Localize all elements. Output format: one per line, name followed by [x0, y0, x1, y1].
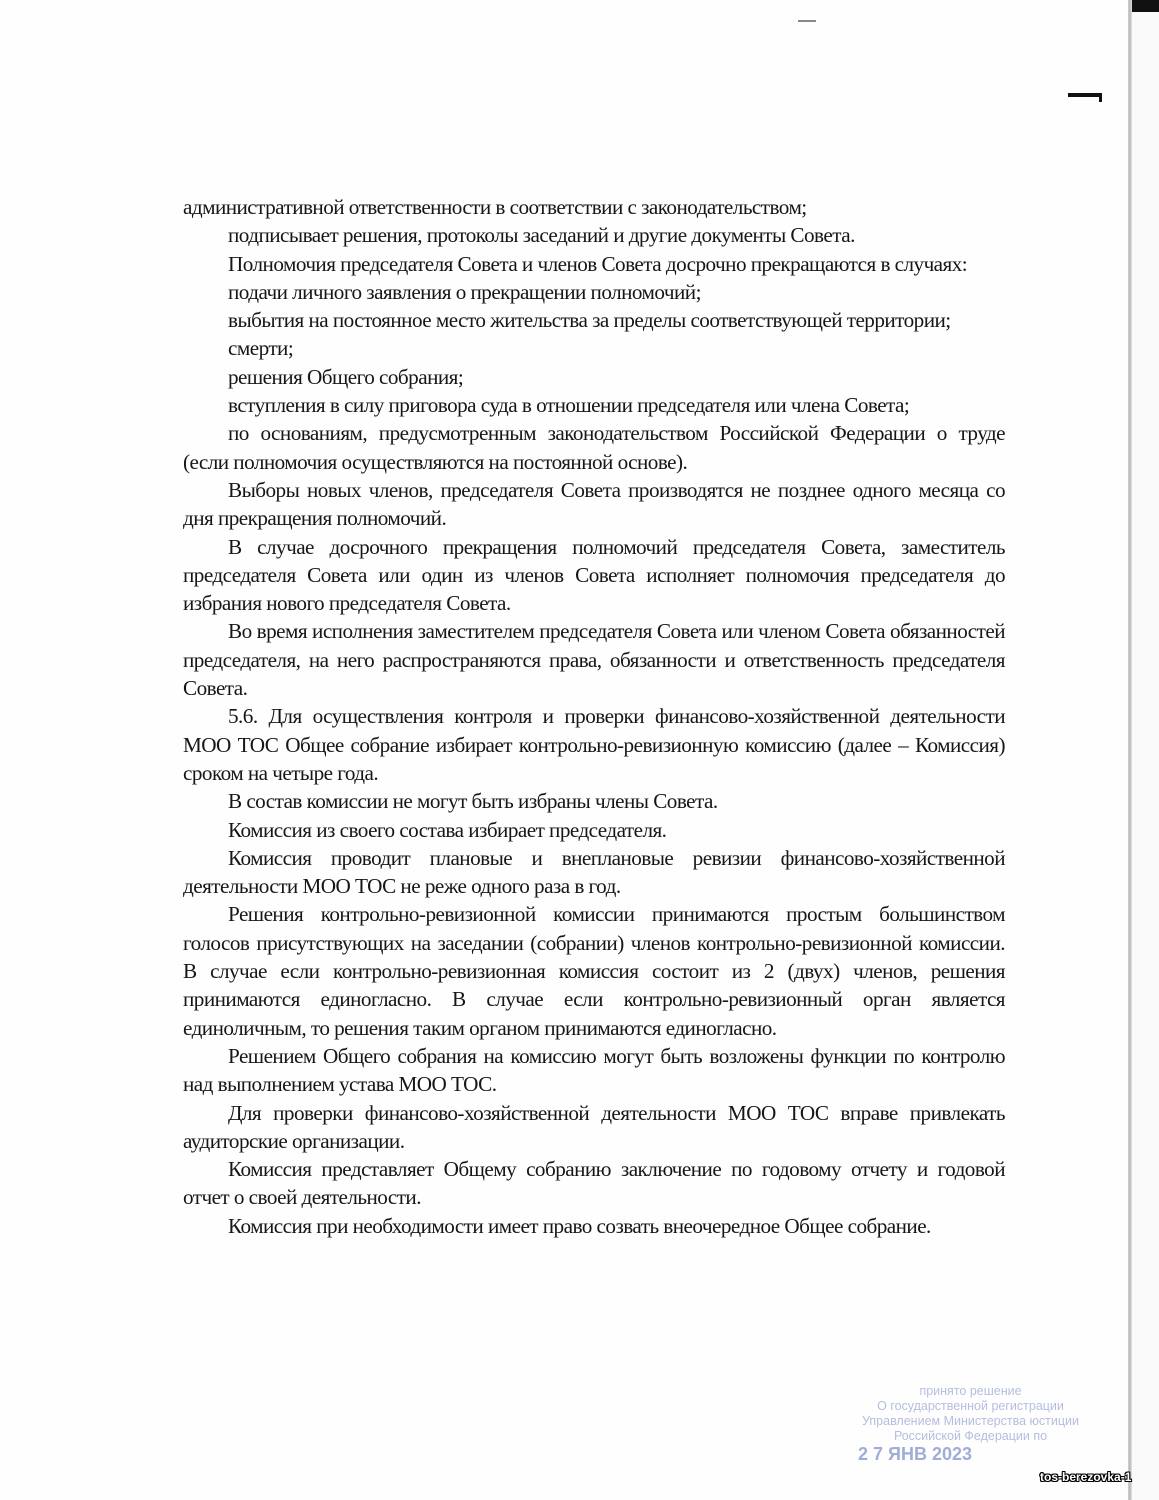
scan-dash-artifact — [798, 20, 816, 22]
paragraph: Решением Общего собрания на комиссию мог… — [183, 1042, 1005, 1099]
page-corner-mark — [1068, 93, 1102, 97]
watermark: tos-berezovka-1 — [1040, 1470, 1131, 1484]
section-5-6-paragraph: 5.6. Для осуществления контроля и провер… — [183, 702, 1005, 787]
document-body: административной ответственности в соотв… — [183, 193, 1005, 1240]
paragraph: В состав комиссии не могут быть избраны … — [183, 787, 1005, 815]
paragraph: административной ответственности в соотв… — [183, 193, 1005, 221]
stamp-line: О государственной регистрации — [828, 1399, 1113, 1414]
registration-stamp: принято решение О государственной регист… — [828, 1384, 1113, 1464]
paragraph: подписывает решения, протоколы заседаний… — [183, 221, 1005, 249]
stamp-line: Управлением Министерства юстиции — [828, 1414, 1113, 1429]
paragraph: Комиссия при необходимости имеет право с… — [183, 1212, 1005, 1240]
paragraph: вступления в силу приговора суда в отнош… — [183, 391, 1005, 419]
paragraph: Во время исполнения заместителем председ… — [183, 617, 1005, 702]
stamp-line: Российской Федерации по — [828, 1429, 1113, 1444]
paragraph: Комиссия проводит плановые и внеплановые… — [183, 844, 1005, 901]
paragraph: В случае досрочного прекращения полномоч… — [183, 533, 1005, 618]
paragraph: Выборы новых членов, председателя Совета… — [183, 476, 1005, 533]
paragraph: решения Общего собрания; — [183, 363, 1005, 391]
paragraph: подачи личного заявления о прекращении п… — [183, 278, 1005, 306]
stamp-date: 2 7 ЯНВ 2023 — [828, 1444, 1113, 1464]
scan-corner-artifact — [1132, 0, 1159, 12]
paragraph: по основаниям, предусмотренным законодат… — [183, 419, 1005, 476]
paragraph: Полномочия председателя Совета и членов … — [183, 250, 1005, 278]
paragraph: Для проверки финансово-хозяйственной дея… — [183, 1099, 1005, 1156]
paragraph: выбытия на постоянное место жительства з… — [183, 306, 1005, 334]
paragraph: смерти; — [183, 334, 1005, 362]
scanned-page: административной ответственности в соотв… — [0, 0, 1159, 1500]
stamp-line: принято решение — [828, 1384, 1113, 1399]
paragraph: Комиссия из своего состава избирает пред… — [183, 816, 1005, 844]
paragraph: Комиссия представляет Общему собранию за… — [183, 1155, 1005, 1212]
paragraph: Решения контрольно-ревизионной комиссии … — [183, 900, 1005, 1041]
page-edge-strip — [1132, 0, 1159, 1500]
